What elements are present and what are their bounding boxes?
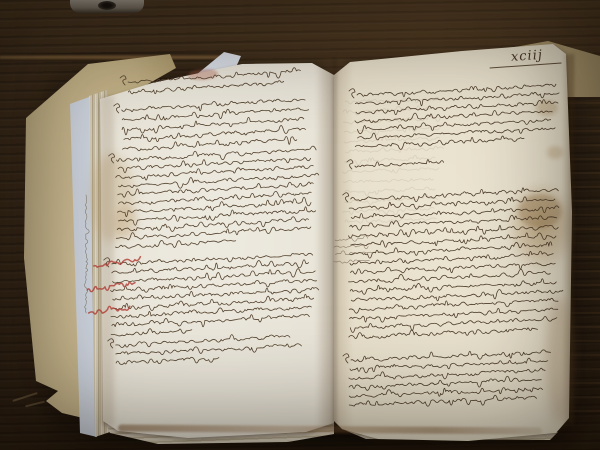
left-margin-vertical-note [84,195,89,313]
right-paragraph-4 [343,350,551,406]
left-paragraph-2 [114,99,309,151]
left-paragraph-4 [104,253,319,336]
red-note-line-1 [94,257,141,268]
left-paragraph-5 [108,335,302,365]
left-paragraph-1 [120,68,300,94]
right-paragraph-1 [349,84,559,149]
photo-of-manuscript: xciij [0,0,600,450]
red-note-line-3 [89,306,130,314]
red-note-line-2 [87,282,135,291]
right-gutter-margin-note [334,236,373,263]
left-paragraph-3 [109,146,319,248]
handwritten-script [0,0,600,450]
